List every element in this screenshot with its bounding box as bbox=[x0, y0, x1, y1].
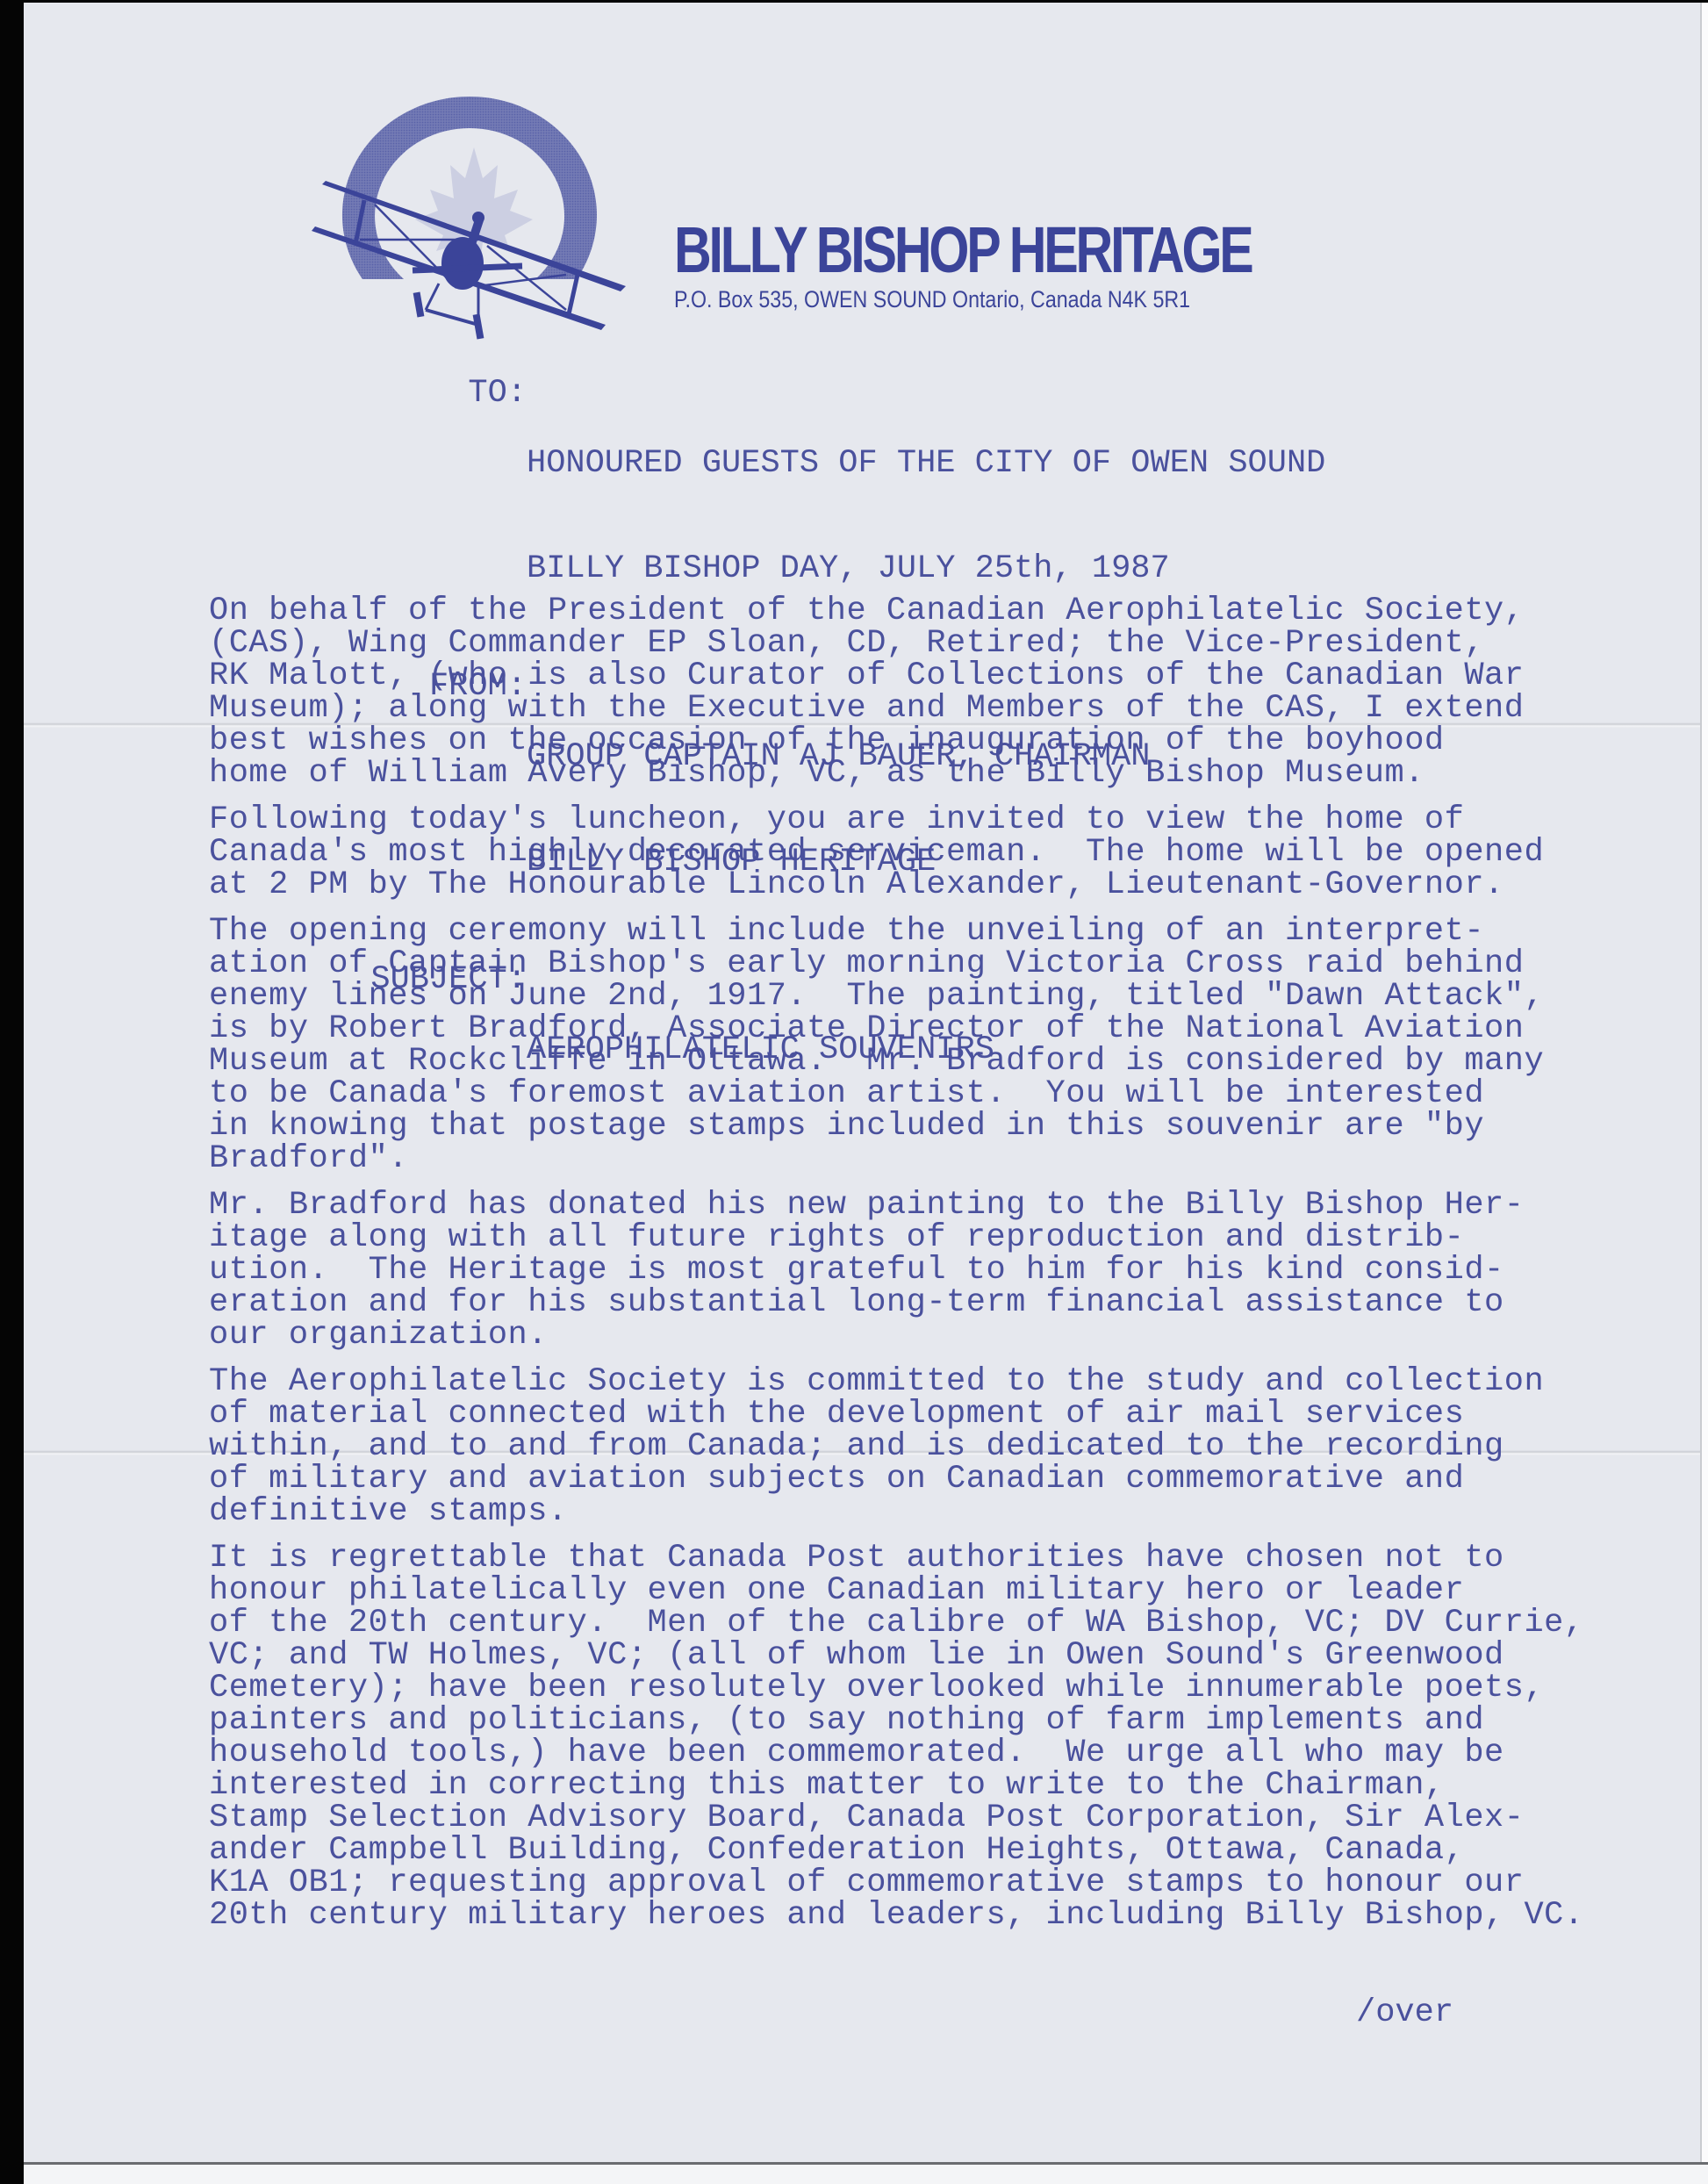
body-line: of the 20th century. Men of the calibre … bbox=[209, 1607, 1648, 1640]
underlying-sheet bbox=[24, 2162, 1708, 2184]
body-line: is by Robert Bradford, Associate Directo… bbox=[209, 1013, 1648, 1045]
body-line: (CAS), Wing Commander EP Sloan, CD, Reti… bbox=[209, 628, 1648, 660]
body-line: Following today's luncheon, you are invi… bbox=[209, 804, 1648, 837]
body-line: interested in correcting this matter to … bbox=[209, 1770, 1648, 1802]
body-line: household tools,) have been commemorated… bbox=[209, 1737, 1648, 1770]
body-line: home of William Avery Bishop, VC, as the… bbox=[209, 758, 1648, 790]
body-line: Mr. Bradford has donated his new paintin… bbox=[209, 1189, 1648, 1222]
body-line: RK Malott, (who is also Curator of Colle… bbox=[209, 660, 1648, 693]
body-line: eration and for his substantial long-ter… bbox=[209, 1287, 1648, 1319]
body-line: On behalf of the President of the Canadi… bbox=[209, 595, 1648, 628]
body-paragraph: It is regrettable that Canada Post autho… bbox=[209, 1542, 1648, 1932]
body-line: ution. The Heritage is most grateful to … bbox=[209, 1254, 1648, 1287]
body-paragraph: The opening ceremony will include the un… bbox=[209, 916, 1648, 1175]
body-line: The opening ceremony will include the un… bbox=[209, 916, 1648, 948]
memo-to-line: HONOURED GUESTS OF THE CITY OF OWEN SOUN… bbox=[527, 446, 1325, 481]
body-line: best wishes on the occasion of the inaug… bbox=[209, 725, 1648, 758]
memo-to-line: BILLY BISHOP DAY, JULY 25th, 1987 bbox=[527, 551, 1325, 586]
body-line: The Aerophilatelic Society is committed … bbox=[209, 1366, 1648, 1398]
body-line: our organization. bbox=[209, 1319, 1648, 1352]
body-line: of material connected with the developme… bbox=[209, 1398, 1648, 1431]
page-edge bbox=[1700, 3, 1708, 2162]
body-line: ation of Captain Bishop's early morning … bbox=[209, 948, 1648, 981]
body-line: in knowing that postage stamps included … bbox=[209, 1110, 1648, 1143]
body-line: within, and to and from Canada; and is d… bbox=[209, 1431, 1648, 1463]
body-paragraph: Mr. Bradford has donated his new paintin… bbox=[209, 1189, 1648, 1352]
body-line: definitive stamps. bbox=[209, 1496, 1648, 1528]
body-line: painters and politicians, (to say nothin… bbox=[209, 1705, 1648, 1737]
organization-name: BILLY BISHOP HERITAGE bbox=[674, 218, 1252, 283]
body-paragraph: Following today's luncheon, you are invi… bbox=[209, 804, 1648, 902]
body-line: Bradford". bbox=[209, 1143, 1648, 1175]
body-line: 20th century military heroes and leaders… bbox=[209, 1900, 1648, 1932]
body-line: of military and aviation subjects on Can… bbox=[209, 1463, 1648, 1496]
body-line: Stamp Selection Advisory Board, Canada P… bbox=[209, 1802, 1648, 1835]
body-line: K1A OB1; requesting approval of commemor… bbox=[209, 1867, 1648, 1900]
letter-body: On behalf of the President of the Canadi… bbox=[209, 595, 1648, 1946]
body-paragraph: The Aerophilatelic Society is committed … bbox=[209, 1366, 1648, 1528]
body-line: Canada's most highly decorated servicema… bbox=[209, 837, 1648, 869]
body-line: honour philatelically even one Canadian … bbox=[209, 1575, 1648, 1607]
body-line: Museum at Rockcliffe in Ottawa. Mr. Brad… bbox=[209, 1045, 1648, 1078]
body-line: enemy lines on June 2nd, 1917. The paint… bbox=[209, 981, 1648, 1013]
body-line: at 2 PM by The Honourable Lincoln Alexan… bbox=[209, 869, 1648, 902]
continuation-note: /over bbox=[1356, 1994, 1453, 2031]
body-paragraph: On behalf of the President of the Canadi… bbox=[209, 595, 1648, 790]
biplane-roundel-maple-leaf-icon bbox=[303, 95, 636, 345]
body-line: It is regrettable that Canada Post autho… bbox=[209, 1542, 1648, 1575]
body-line: VC; and TW Holmes, VC; (all of whom lie … bbox=[209, 1640, 1648, 1672]
body-line: itage along with all future rights of re… bbox=[209, 1222, 1648, 1254]
body-line: ander Campbell Building, Confederation H… bbox=[209, 1835, 1648, 1867]
body-line: Museum); along with the Executive and Me… bbox=[209, 693, 1648, 725]
organization-address: P.O. Box 535, OWEN SOUND Ontario, Canada… bbox=[674, 288, 1190, 312]
body-line: to be Canada's foremost aviation artist.… bbox=[209, 1078, 1648, 1110]
body-line: Cemetery); have been resolutely overlook… bbox=[209, 1672, 1648, 1705]
